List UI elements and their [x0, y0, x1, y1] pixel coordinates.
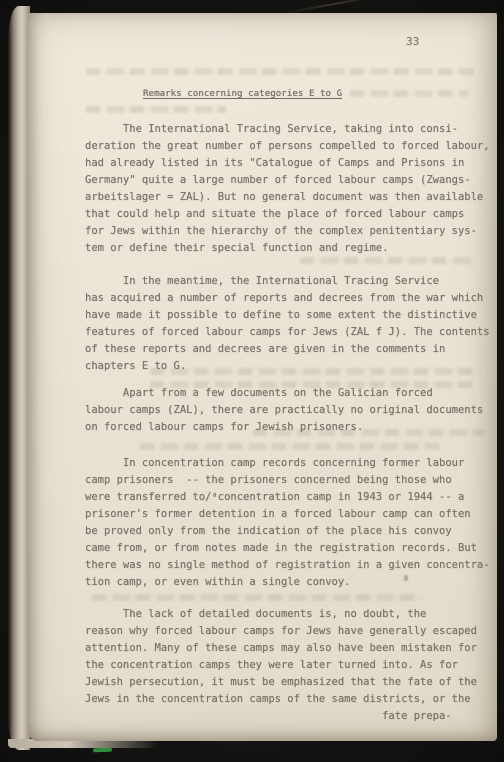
ink-smudge [404, 575, 408, 581]
bleed-through-text [86, 106, 226, 113]
paragraph-3: Apart from a few documents on the Galici… [85, 385, 483, 436]
page-number: 33 [406, 33, 419, 50]
bleed-through-text [350, 90, 468, 97]
book-spine-edge [8, 6, 30, 750]
page-crease [283, 0, 385, 14]
book-scan: 33 Remarks concerning categories E to G … [0, 0, 504, 762]
document-heading: Remarks concerning categories E to G [143, 87, 342, 100]
bleed-through-text [140, 443, 440, 450]
paragraph-4: In concentration camp records concerning… [85, 455, 490, 591]
bleed-through-text [92, 594, 422, 601]
paragraph-5: The lack of detailed documents is, no do… [85, 606, 477, 725]
bleed-through-text [300, 257, 472, 264]
green-ink-mark [93, 748, 112, 753]
bleed-through-text [86, 68, 474, 75]
paragraph-2: In the meantime, the International Traci… [85, 273, 490, 375]
paragraph-1: The International Tracing Service, takin… [85, 121, 490, 257]
